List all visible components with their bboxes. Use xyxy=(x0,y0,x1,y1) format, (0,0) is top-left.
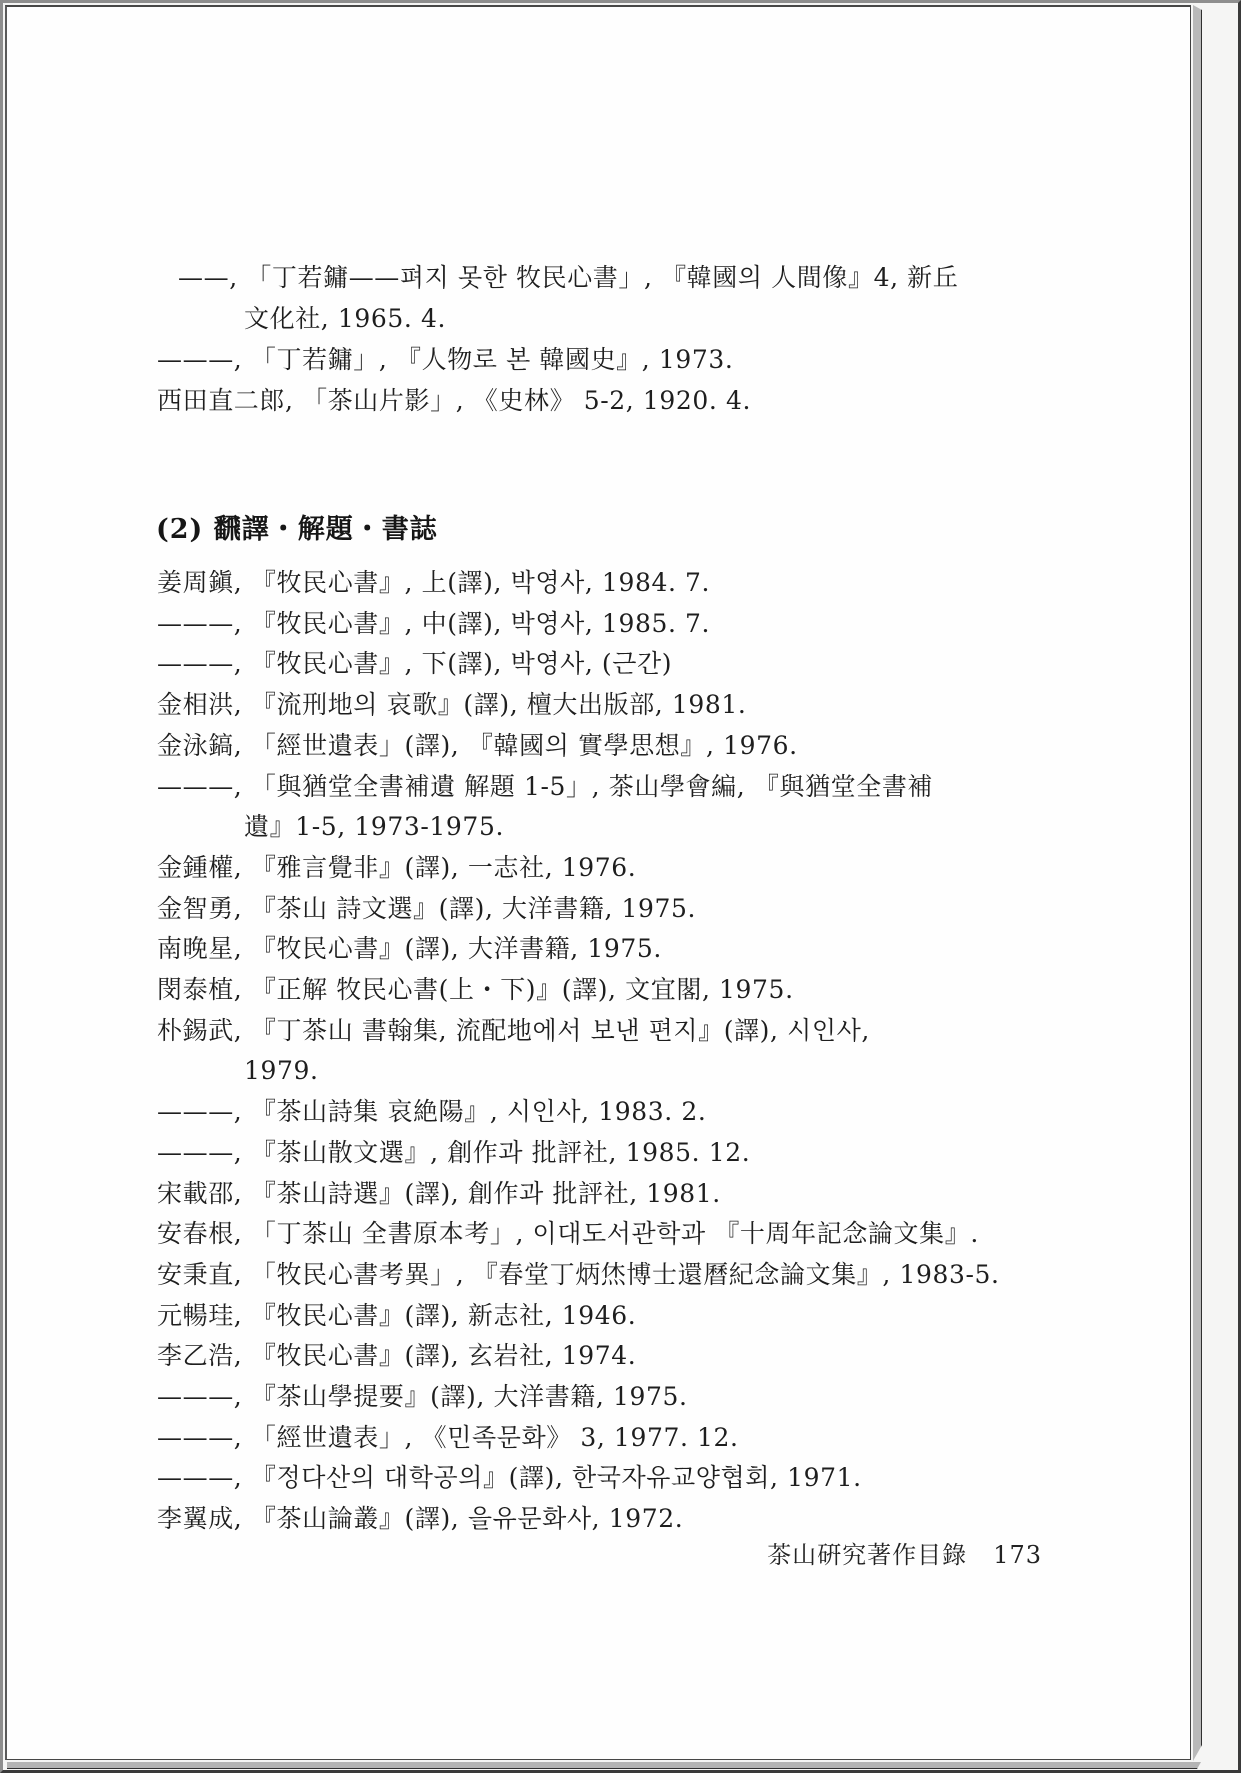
bib-line: 李翼成, 『茶山論叢』(譯), 을유문화사, 1972. xyxy=(157,1499,1000,1540)
page-edge-bottom xyxy=(7,1762,1201,1769)
document-page: ——, 「丁若鏞——펴지 못한 牧民心書」, 『韓國의 人間像』4, 新丘文化社… xyxy=(5,5,1191,1760)
bib-line: ———, 「丁若鏞」, 『人物로 본 韓國史』, 1973. xyxy=(157,339,958,380)
bib-line: 安秉直, 「牧民心書考異」, 『春堂丁炳烋博士還曆紀念論文集』, 1983-5. xyxy=(157,1255,1000,1296)
bib-line: 宋載邵, 『茶山詩選』(譯), 創作과 批評社, 1981. xyxy=(157,1174,1000,1215)
bib-line: 安春根, 「丁茶山 全書原本考」, 이대도서관학과 『十周年記念論文集』. xyxy=(157,1214,1000,1255)
bib-line: 西田直二郎, 「茶山片影」, 《史林》 5-2, 1920. 4. xyxy=(157,380,958,421)
bib-line: 朴錫武, 『丁茶山 書翰集, 流配地에서 보낸 편지』(譯), 시인사, xyxy=(157,1011,1000,1052)
bib-line: 文化社, 1965. 4. xyxy=(244,298,958,339)
bib-line: ———, 「與猶堂全書補遺 解題 1-5」, 茶山學會編, 『與猶堂全書補 xyxy=(157,767,1000,808)
scan-viewport: ——, 「丁若鏞——펴지 못한 牧民心書」, 『韓國의 人間像』4, 新丘文化社… xyxy=(0,0,1241,1773)
bibliography-continuation-block: ——, 「丁若鏞——펴지 못한 牧民心書」, 『韓國의 人間像』4, 新丘文化社… xyxy=(157,257,958,421)
bib-line: ———, 『茶山散文選』, 創作과 批評社, 1985. 12. xyxy=(157,1133,1000,1174)
bibliography-entries-list: 姜周鎭, 『牧民心書』, 上(譯), 박영사, 1984. 7.———, 『牧民… xyxy=(157,563,1000,1540)
bib-line: 金智勇, 『茶山 詩文選』(譯), 大洋書籍, 1975. xyxy=(157,889,1000,930)
bib-line: 姜周鎭, 『牧民心書』, 上(譯), 박영사, 1984. 7. xyxy=(157,563,1000,604)
bib-line: 南晚星, 『牧民心書』(譯), 大洋書籍, 1975. xyxy=(157,929,1000,970)
bib-line: 金相洪, 『流刑地의 哀歌』(譯), 檀大出版部, 1981. xyxy=(157,685,1000,726)
bib-line: 遺』1-5, 1973-1975. xyxy=(244,807,1000,848)
page-content: ——, 「丁若鏞——펴지 못한 牧民心書」, 『韓國의 人間像』4, 新丘文化社… xyxy=(7,7,1190,1759)
page-edge-right xyxy=(1193,5,1202,1761)
bib-line: ———, 『정다산의 대학공의』(譯), 한국자유교양협회, 1971. xyxy=(157,1458,1000,1499)
bib-line: ———, 『茶山學提要』(譯), 大洋書籍, 1975. xyxy=(157,1377,1000,1418)
section-heading: (2) 飜譯・解題・書誌 xyxy=(156,507,438,546)
bib-line: 李乙浩, 『牧民心書』(譯), 玄岩社, 1974. xyxy=(157,1336,1000,1377)
page-footer: 茶山硏究著作目錄173 xyxy=(157,1535,1042,1570)
bib-line: 1979. xyxy=(244,1051,1000,1092)
bib-line: ——, 「丁若鏞——펴지 못한 牧民心書」, 『韓國의 人間像』4, 新丘 xyxy=(178,257,958,298)
bib-line: 元暢珪, 『牧民心書』(譯), 新志社, 1946. xyxy=(157,1296,1000,1337)
bib-line: 閔泰植, 『正解 牧民心書(上・下)』(譯), 文宜閣, 1975. xyxy=(157,970,1000,1011)
bib-line: 金鍾權, 『雅言覺非』(譯), 一志社, 1976. xyxy=(157,848,1000,889)
bib-line: 金泳鎬, 「經世遺表」(譯), 『韓國의 實學思想』, 1976. xyxy=(157,726,1000,767)
bib-line: ———, 『牧民心書』, 中(譯), 박영사, 1985. 7. xyxy=(157,604,1000,645)
page-number: 173 xyxy=(993,1541,1042,1569)
bib-line: ———, 「經世遺表」, 《민족문화》 3, 1977. 12. xyxy=(157,1418,1000,1459)
running-title: 茶山硏究著作目錄 xyxy=(767,1541,967,1569)
bib-line: ———, 『牧民心書』, 下(譯), 박영사, (근간) xyxy=(157,644,1000,685)
bib-line: ———, 『茶山詩集 哀絶陽』, 시인사, 1983. 2. xyxy=(157,1092,1000,1133)
